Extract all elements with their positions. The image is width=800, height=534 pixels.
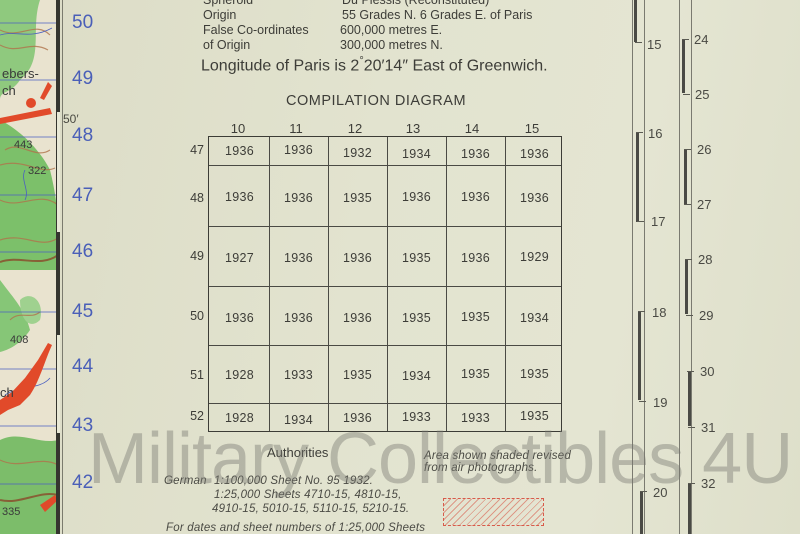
spec-value-origin: 55 Grades N. 6 Grades E. of Paris bbox=[342, 8, 532, 22]
grid-cell: 1933 bbox=[446, 411, 505, 425]
grid-label-44: 44 bbox=[72, 356, 93, 378]
row-label: 50 bbox=[176, 309, 204, 323]
grid-label-50: 50 bbox=[72, 12, 93, 34]
spec-value-false-northing: 300,000 metres N. bbox=[340, 38, 443, 52]
column-label: 10 bbox=[218, 121, 258, 136]
scale-segment bbox=[634, 0, 637, 42]
spot-height: 443 bbox=[14, 139, 32, 151]
column-label: 12 bbox=[335, 121, 375, 136]
grid-cell: 1932 bbox=[328, 146, 387, 160]
grid-label-42: 42 bbox=[72, 472, 93, 494]
grid-cell: 1935 bbox=[387, 311, 446, 325]
grid-cell: 1935 bbox=[505, 409, 564, 423]
shaded-area-legend-swatch bbox=[443, 498, 544, 526]
column-label: 14 bbox=[452, 121, 492, 136]
row-label: 47 bbox=[176, 143, 204, 157]
grid-cell: 1935 bbox=[446, 310, 505, 324]
spec-label-of-origin: of Origin bbox=[203, 38, 250, 52]
grid-cell: 1927 bbox=[210, 251, 269, 265]
grid-cell: 1936 bbox=[210, 144, 269, 158]
spec-value-false-easting: 600,000 metres E. bbox=[340, 23, 442, 37]
authority-line: 1:100,000 Sheet No. 95 1932. bbox=[214, 475, 373, 487]
grid-cell: 1936 bbox=[269, 143, 328, 157]
longitude-note: Longitude of Paris is 2°20′14″ East of G… bbox=[201, 55, 548, 75]
scale-label: 29 bbox=[699, 308, 713, 323]
shaded-area-note: Area shown shaded revised bbox=[424, 450, 571, 462]
svg-text:335: 335 bbox=[2, 506, 20, 518]
map-terrain-graphic: ebers- ch ch 443 322 408 335 bbox=[0, 0, 58, 534]
grid-cell: 1934 bbox=[269, 413, 328, 427]
authority-line: 4910-15, 5010-15, 5110-15, 5210-15. bbox=[212, 503, 409, 515]
grid-cell: 1935 bbox=[328, 191, 387, 205]
neatline-segment bbox=[57, 335, 60, 433]
authority-german-label: German bbox=[164, 475, 207, 487]
scale-label: 19 bbox=[653, 395, 667, 410]
row-label: 48 bbox=[176, 191, 204, 205]
map-border-line bbox=[62, 0, 63, 534]
grid-cell: 1936 bbox=[328, 251, 387, 265]
scale-rail bbox=[691, 0, 692, 534]
grid-cell: 1935 bbox=[328, 368, 387, 382]
scale-segment bbox=[638, 311, 641, 400]
grid-cell: 1936 bbox=[328, 311, 387, 325]
svg-text:322: 322 bbox=[28, 165, 46, 177]
grid-label-47: 47 bbox=[72, 185, 93, 207]
column-label: 13 bbox=[393, 121, 433, 136]
column-label: 11 bbox=[276, 121, 316, 136]
grid-cell: 1935 bbox=[387, 251, 446, 265]
scale-segment bbox=[684, 149, 687, 204]
grid-cell: 1936 bbox=[446, 190, 505, 204]
authority-footnote: For dates and sheet numbers of 1:25,000 … bbox=[166, 522, 425, 534]
grid-cell: 1936 bbox=[328, 411, 387, 425]
spec-value-spheroid: Du Plessis (Reconstituted) bbox=[342, 0, 489, 7]
svg-text:ch: ch bbox=[0, 385, 14, 400]
scale-segment bbox=[636, 132, 639, 222]
grid-cell: 1936 bbox=[210, 190, 269, 204]
row-label: 52 bbox=[176, 409, 204, 423]
row-label: 49 bbox=[176, 249, 204, 263]
authority-line: 1:25,000 Sheets 4710-15, 4810-15, bbox=[214, 489, 402, 501]
grid-cell: 1933 bbox=[269, 368, 328, 382]
scale-label: 32 bbox=[701, 476, 715, 491]
grid-cell: 1928 bbox=[210, 411, 269, 425]
scale-label: 17 bbox=[651, 214, 665, 229]
scale-label: 25 bbox=[695, 87, 709, 102]
scale-label: 18 bbox=[652, 305, 666, 320]
row-label: 51 bbox=[176, 368, 204, 382]
grid-cell: 1934 bbox=[387, 369, 446, 383]
grid-cell: 1936 bbox=[446, 147, 505, 161]
column-label: 15 bbox=[512, 121, 552, 136]
grid-label-45: 45 bbox=[72, 301, 93, 323]
scale-label: 27 bbox=[697, 197, 711, 212]
grid-cell: 1936 bbox=[505, 147, 564, 161]
grid-cell: 1929 bbox=[505, 250, 564, 264]
grid-cell: 1936 bbox=[269, 251, 328, 265]
grid-cell: 1936 bbox=[269, 311, 328, 325]
grid-cell: 1928 bbox=[210, 368, 269, 382]
compilation-grid: 1936 1936 1932 1934 1936 1936 1936 1936 … bbox=[208, 136, 562, 432]
spec-label-false-coordinates: False Co-ordinates bbox=[203, 23, 309, 37]
place-name-fragment: ebers- bbox=[2, 66, 39, 81]
scale-rail bbox=[679, 0, 680, 534]
scale-segment bbox=[640, 491, 643, 534]
grid-cell: 1933 bbox=[387, 410, 446, 424]
neatline-segment bbox=[57, 112, 60, 232]
scale-label: 16 bbox=[648, 126, 662, 141]
grid-label-49: 49 bbox=[72, 68, 93, 90]
shaded-area-note-line2: from air photographs. bbox=[424, 462, 538, 474]
grid-cell: 1935 bbox=[505, 367, 564, 381]
scale-rail bbox=[644, 0, 645, 534]
grid-cell: 1936 bbox=[505, 191, 564, 205]
svg-text:408: 408 bbox=[10, 334, 28, 346]
scale-segment bbox=[685, 259, 688, 314]
authorities-heading: Authorities bbox=[267, 445, 328, 460]
scale-label: 31 bbox=[701, 420, 715, 435]
svg-text:ch: ch bbox=[2, 83, 16, 98]
scale-label: 24 bbox=[694, 32, 708, 47]
spec-label-origin: Origin bbox=[203, 8, 236, 22]
grid-label-43: 43 bbox=[72, 415, 93, 437]
grid-cell: 1935 bbox=[446, 367, 505, 381]
grid-label-46: 46 bbox=[72, 241, 93, 263]
scale-label: 20 bbox=[653, 485, 667, 500]
spec-label-spheroid: Spheroid bbox=[203, 0, 253, 7]
map-neatline bbox=[56, 0, 60, 534]
compilation-diagram-title: COMPILATION DIAGRAM bbox=[286, 93, 466, 109]
grid-cell: 1934 bbox=[387, 147, 446, 161]
scale-label: 28 bbox=[698, 252, 712, 267]
scale-segment bbox=[682, 39, 685, 93]
grid-cell: 1936 bbox=[269, 191, 328, 205]
grid-cell: 1936 bbox=[387, 190, 446, 204]
grid-cell: 1934 bbox=[505, 311, 564, 325]
scale-label: 15 bbox=[647, 37, 661, 52]
grid-cell: 1936 bbox=[210, 311, 269, 325]
scale-segment bbox=[688, 483, 691, 534]
minute-label: 50′ bbox=[63, 112, 79, 126]
topographic-map-strip: ebers- ch ch 443 322 408 335 bbox=[0, 0, 58, 534]
scale-segment bbox=[688, 371, 691, 426]
scale-rail bbox=[632, 0, 633, 534]
scale-label: 26 bbox=[697, 142, 711, 157]
scale-label: 30 bbox=[700, 364, 714, 379]
grid-label-48: 48 bbox=[72, 125, 93, 147]
grid-cell: 1936 bbox=[446, 251, 505, 265]
